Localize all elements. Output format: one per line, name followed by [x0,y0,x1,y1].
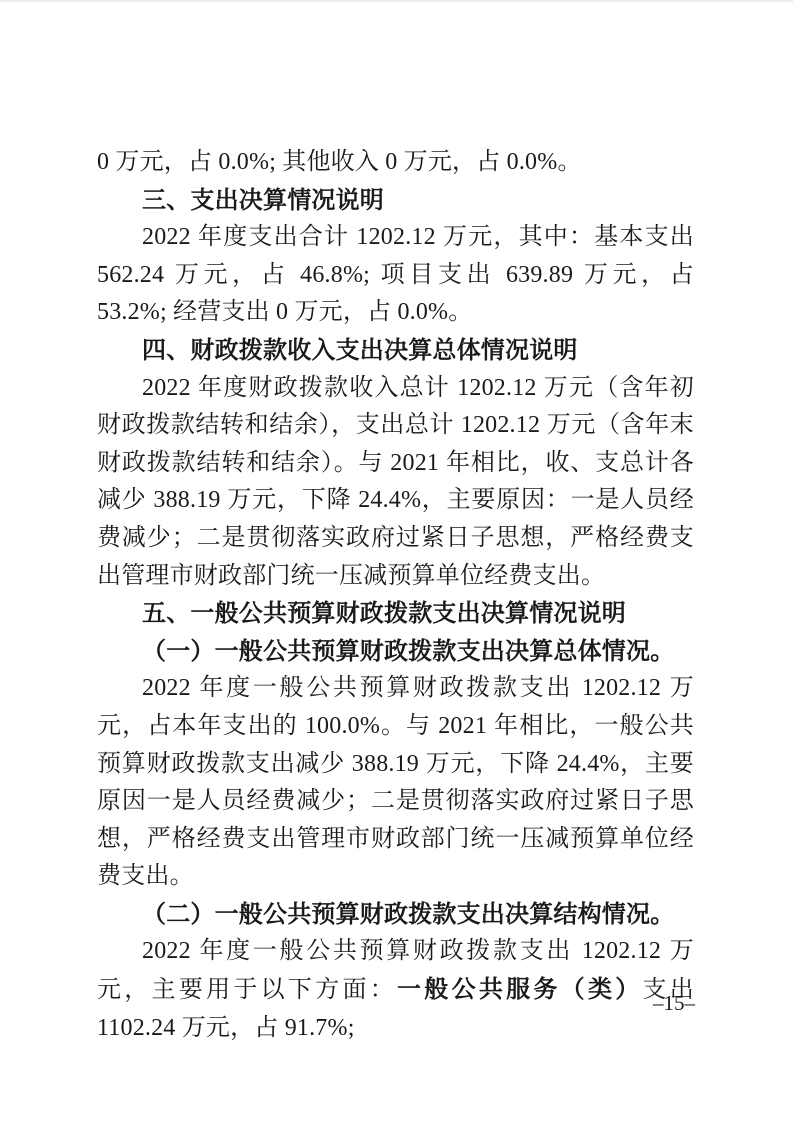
paragraph: 2022 年度支出合计 1202.12 万元，其中：基本支出 562.24 万元… [97,219,694,332]
document-content: 0 万元，占 0.0%; 其他收入 0 万元，占 0.0%。三、支出决算情况说明… [97,144,694,1047]
scan-edge-artifact [0,0,793,2]
paragraph: 0 万元，占 0.0%; 其他收入 0 万元，占 0.0%。 [97,144,694,182]
page-number: –15– [653,991,695,1015]
section-heading: 四、财政拨款收入支出决算总体情况说明 [97,332,694,370]
section-heading: （二）一般公共预算财政拨款支出决算结构情况。 [97,896,694,934]
paragraph: 2022 年度一般公共预算财政拨款支出 1202.12 万元，主要用于以下方面：… [97,933,694,1047]
section-heading: 三、支出决算情况说明 [97,182,694,220]
paragraph: 2022 年度一般公共预算财政拨款支出 1202.12 万元，占本年支出的 10… [97,670,694,896]
document-page: 0 万元，占 0.0%; 其他收入 0 万元，占 0.0%。三、支出决算情况说明… [0,0,793,1122]
section-heading: （一）一般公共预算财政拨款支出决算总体情况。 [97,633,694,671]
paragraph: 2022 年度财政拨款收入总计 1202.12 万元（含年初财政拨款结转和结余）… [97,370,694,596]
bold-text-segment: 一般公共服务（类） [397,976,642,1003]
section-heading: 五、一般公共预算财政拨款支出决算情况说明 [97,595,694,633]
